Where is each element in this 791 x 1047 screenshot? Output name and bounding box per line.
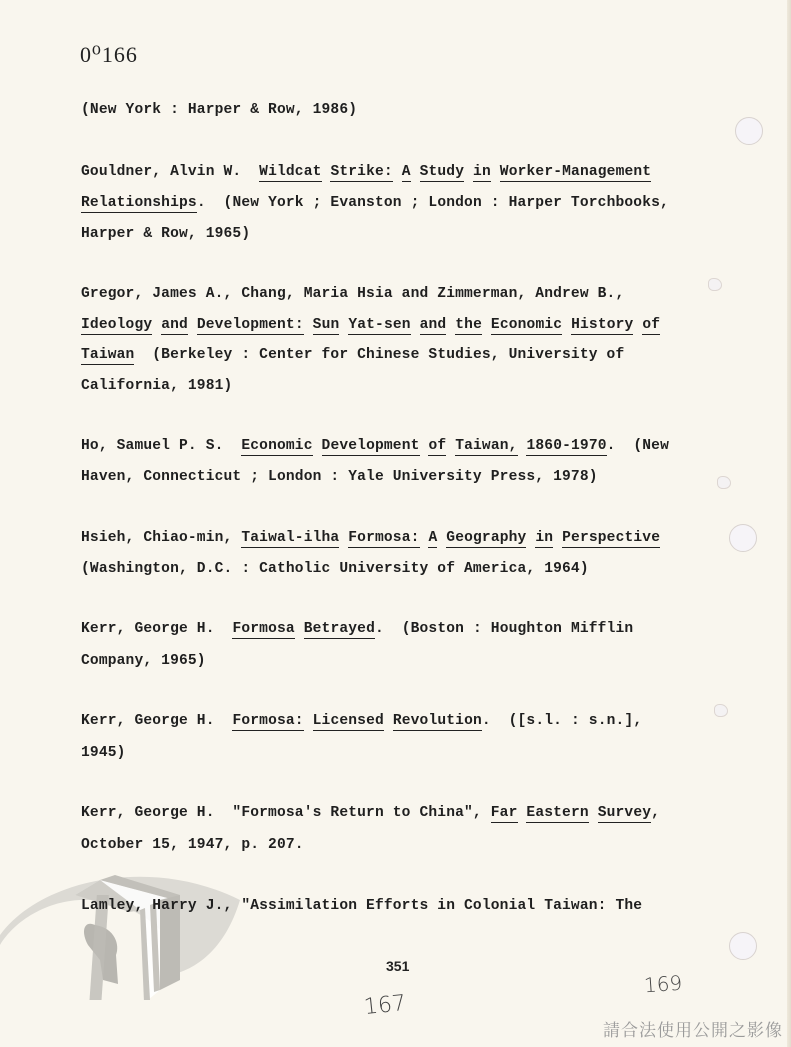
text-segment <box>491 164 500 180</box>
text-segment <box>339 530 348 546</box>
text-segment <box>152 317 161 333</box>
text-segment <box>553 530 562 546</box>
text-segment: Harper & Row, 1965) <box>81 226 250 242</box>
scanned-document-page: 0⁰166 (New York : Harper & Row, 1986)Gou… <box>0 0 791 1047</box>
text-line: Hsieh, Chiao-min, Taiwal-ilha Formosa: A… <box>81 530 660 546</box>
underlined-title-word: Perspective <box>562 530 660 548</box>
underlined-title-word: of <box>642 317 660 335</box>
text-segment: Haven, Connecticut ; London : Yale Unive… <box>81 469 598 485</box>
underlined-title-word: Revolution <box>393 713 482 731</box>
text-line: Harper & Row, 1965) <box>81 226 250 242</box>
text-segment <box>384 713 393 729</box>
underlined-title-word: Relationships <box>81 195 197 213</box>
text-segment: Kerr, George H. <box>81 713 232 729</box>
text-line: (Washington, D.C. : Catholic University … <box>81 561 589 577</box>
text-segment <box>304 713 313 729</box>
text-segment <box>411 164 420 180</box>
underlined-title-word: Licensed <box>313 713 384 731</box>
underlined-title-word: Taiwal-ilha <box>241 530 339 548</box>
underlined-title-word: Development <box>322 438 420 456</box>
text-segment: (Berkeley : Center for Chinese Studies, … <box>134 347 624 363</box>
page-edge <box>787 0 791 1047</box>
underlined-title-word: Far <box>491 805 518 823</box>
text-segment: (Washington, D.C. : Catholic University … <box>81 561 589 577</box>
text-segment <box>411 317 420 333</box>
underlined-title-word: in <box>473 164 491 182</box>
underlined-title-word: Survey <box>598 805 651 823</box>
underlined-title-word: Wildcat <box>259 164 321 182</box>
punch-hole-icon <box>729 524 757 552</box>
underlined-title-word: Yat-sen <box>348 317 410 335</box>
text-segment: Kerr, George H. <box>81 621 232 637</box>
underlined-title-word: Formosa: <box>232 713 303 731</box>
text-segment: (New York : Harper & Row, 1986) <box>81 102 357 118</box>
text-line: Gregor, James A., Chang, Maria Hsia and … <box>81 286 624 302</box>
text-segment: 1945) <box>81 745 126 761</box>
text-line: 1945) <box>81 745 126 761</box>
underlined-title-word: and <box>161 317 188 335</box>
underlined-title-word: Strike: <box>330 164 392 182</box>
underlined-title-word: Geography <box>446 530 526 548</box>
handwritten-page-number-left: 167 <box>363 991 407 1020</box>
text-line: Kerr, George H. Formosa: Licensed Revolu… <box>81 713 642 729</box>
handwritten-page-number-right: 169 <box>643 971 683 998</box>
text-line: October 15, 1947, p. 207. <box>81 837 304 853</box>
underlined-title-word: 1860-1970 <box>526 438 606 456</box>
text-line: Kerr, George H. "Formosa's Return to Chi… <box>81 805 660 821</box>
text-segment <box>393 164 402 180</box>
underlined-title-word: in <box>535 530 553 548</box>
text-segment <box>446 438 455 454</box>
underlined-title-word: Sun <box>313 317 340 335</box>
text-segment <box>437 530 446 546</box>
underlined-title-word: Taiwan <box>81 347 134 365</box>
underlined-title-word: Economic <box>241 438 312 456</box>
underlined-title-word: of <box>428 438 446 456</box>
underlined-title-word: Formosa <box>232 621 294 639</box>
text-segment: Gouldner, Alvin W. <box>81 164 259 180</box>
paper-tear-icon <box>717 476 731 489</box>
text-segment: . ([s.l. : s.n.], <box>482 713 642 729</box>
underlined-title-word: Worker-Management <box>500 164 651 182</box>
underlined-title-word: Ideology <box>81 317 152 335</box>
paper-tear-icon <box>708 278 722 291</box>
paper-tear-icon <box>714 704 728 717</box>
underlined-title-word: History <box>571 317 633 335</box>
underlined-title-word: Betrayed <box>304 621 375 639</box>
text-segment: October 15, 1947, p. 207. <box>81 837 304 853</box>
text-segment <box>313 438 322 454</box>
archive-logo-watermark-icon <box>0 850 260 1000</box>
text-segment: Company, 1965) <box>81 653 206 669</box>
text-segment: , <box>651 805 660 821</box>
text-line: Kerr, George H. Formosa Betrayed. (Bosto… <box>81 621 633 637</box>
punch-hole-icon <box>729 932 757 960</box>
text-line: Lamley, Harry J., "Assimilation Efforts … <box>81 898 642 914</box>
text-segment: Hsieh, Chiao-min, <box>81 530 241 546</box>
text-line: Taiwan (Berkeley : Center for Chinese St… <box>81 347 624 363</box>
text-segment <box>295 621 304 637</box>
text-line: Gouldner, Alvin W. Wildcat Strike: A Stu… <box>81 164 651 180</box>
text-segment <box>589 805 598 821</box>
punch-hole-icon <box>735 117 763 145</box>
text-segment <box>482 317 491 333</box>
text-segment: . (New York ; Evanston ; London : Harper… <box>197 195 669 211</box>
text-segment <box>562 317 571 333</box>
text-line: Ho, Samuel P. S. Economic Development of… <box>81 438 669 454</box>
text-segment: Kerr, George H. "Formosa's Return to Chi… <box>81 805 491 821</box>
text-segment: . (Boston : Houghton Mifflin <box>375 621 633 637</box>
document-number: 0⁰166 <box>80 42 138 68</box>
text-segment <box>446 317 455 333</box>
underlined-title-word: the <box>455 317 482 335</box>
underlined-title-word: Study <box>420 164 465 182</box>
underlined-title-word: and <box>420 317 447 335</box>
underlined-title-word: Eastern <box>526 805 588 823</box>
text-segment: . (New <box>607 438 669 454</box>
underlined-title-word: Formosa: <box>348 530 419 548</box>
text-segment <box>339 317 348 333</box>
text-segment <box>464 164 473 180</box>
text-line: (New York : Harper & Row, 1986) <box>81 102 357 118</box>
text-segment: Gregor, James A., Chang, Maria Hsia and … <box>81 286 624 302</box>
text-segment: California, 1981) <box>81 378 232 394</box>
underlined-title-word: Taiwan, <box>455 438 517 456</box>
text-segment: Ho, Samuel P. S. <box>81 438 241 454</box>
text-line: Ideology and Development: Sun Yat-sen an… <box>81 317 660 333</box>
underlined-title-word: Development: <box>197 317 304 335</box>
underlined-title-word: A <box>402 164 411 182</box>
page-number: 351 <box>386 958 409 974</box>
text-line: Company, 1965) <box>81 653 206 669</box>
text-line: California, 1981) <box>81 378 232 394</box>
underlined-title-word: Economic <box>491 317 562 335</box>
watermark-caption: 請合法使用公開之影像 <box>603 1016 783 1041</box>
text-line: Relationships. (New York ; Evanston ; Lo… <box>81 195 669 211</box>
text-segment <box>304 317 313 333</box>
text-line: Haven, Connecticut ; London : Yale Unive… <box>81 469 598 485</box>
text-segment: Lamley, Harry J., "Assimilation Efforts … <box>81 898 642 914</box>
text-segment <box>188 317 197 333</box>
